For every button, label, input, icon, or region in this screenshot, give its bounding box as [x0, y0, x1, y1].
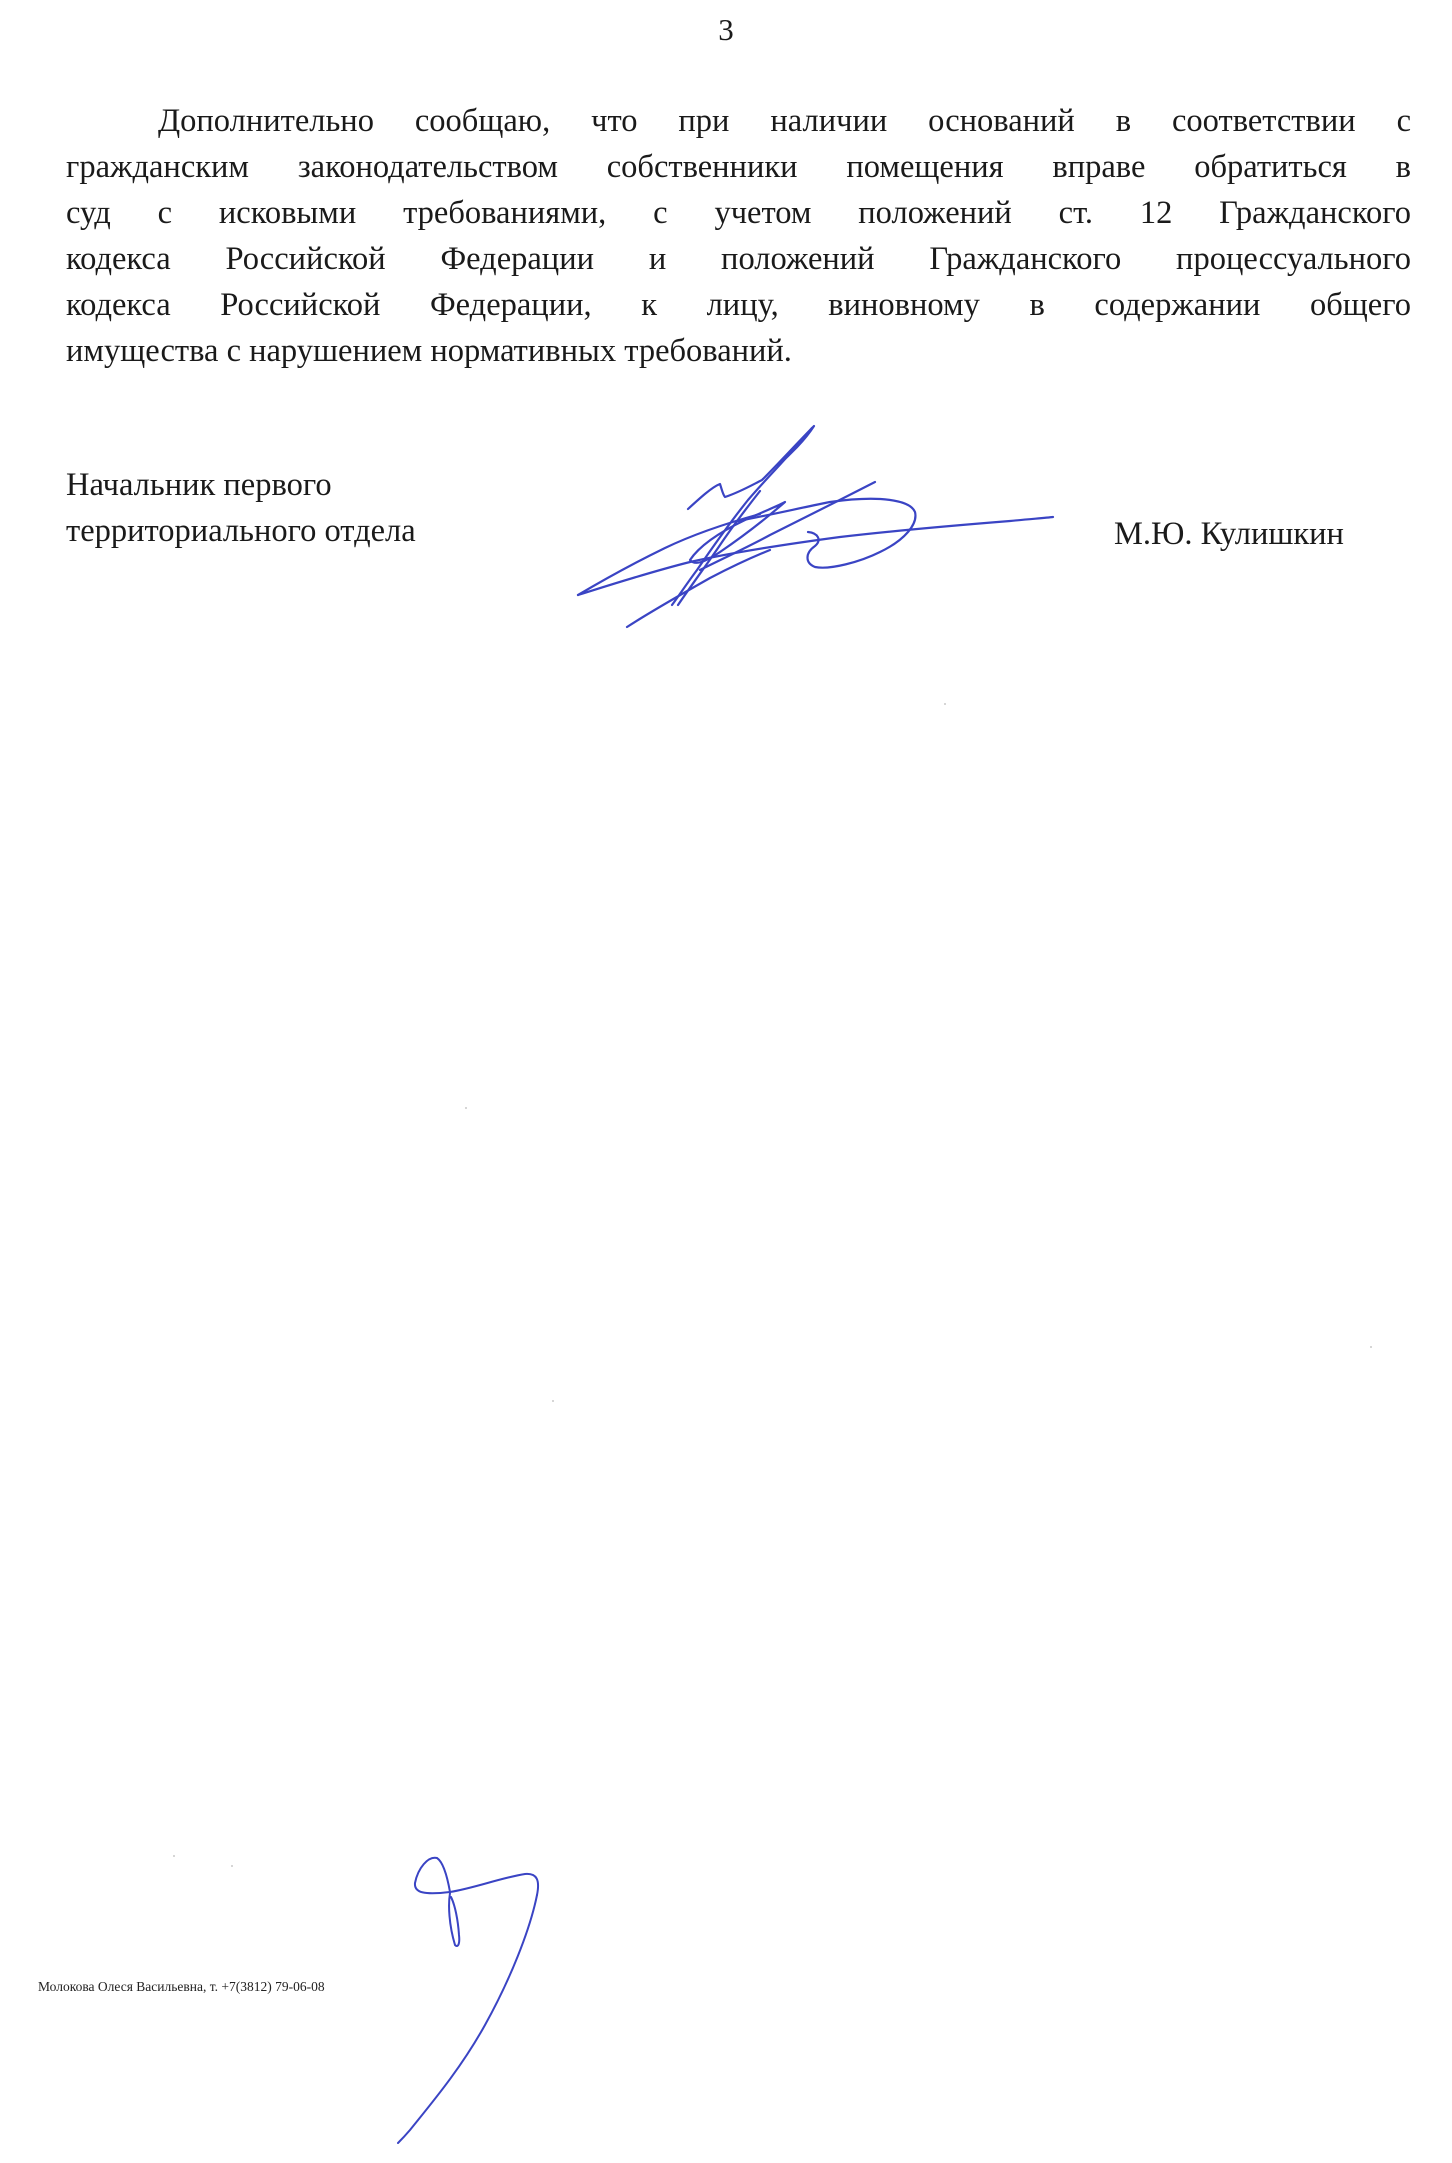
scan-speck	[231, 1865, 233, 1867]
page-number: 3	[0, 10, 1452, 50]
signer-name: М.Ю. Кулишкин	[1114, 511, 1344, 557]
paragraph-line: кодекса Российской Федерации, к лицу, ви…	[66, 282, 1411, 328]
executor-contact: Молокова Олеся Васильевна, т. +7(3812) 7…	[38, 1978, 325, 1996]
scan-speck	[173, 1855, 175, 1857]
scan-speck	[465, 1107, 467, 1109]
scan-speck	[944, 703, 946, 705]
paragraph-line: кодекса Российской Федерации и положений…	[66, 236, 1411, 282]
paragraph-line: Дополнительно сообщаю, что при наличии о…	[66, 98, 1411, 144]
signer-position-line-2: территориального отдела	[66, 508, 416, 554]
paragraph-line: имущества с нарушением нормативных требо…	[66, 328, 1411, 374]
paragraph-line: гражданским законодательством собственни…	[66, 144, 1411, 190]
scan-speck	[552, 1400, 554, 1402]
signer-position-line-1: Начальник первого	[66, 462, 416, 508]
signer-position: Начальник первого территориального отдел…	[66, 462, 416, 554]
scan-speck	[1370, 1346, 1372, 1348]
body-paragraph: Дополнительно сообщаю, что при наличии о…	[66, 98, 1411, 374]
paragraph-line: суд с исковыми требованиями, с учетом по…	[66, 190, 1411, 236]
approval-initials-icon	[398, 1858, 538, 2143]
main-signature-icon	[578, 426, 1053, 627]
